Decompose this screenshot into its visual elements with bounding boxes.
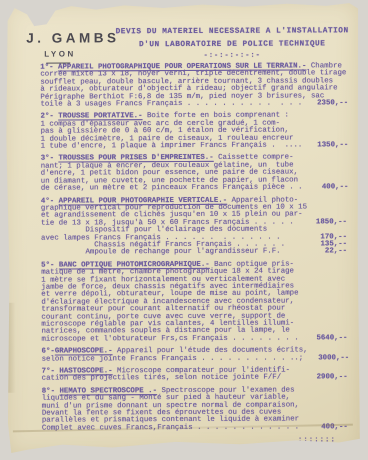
item-line-text: Ampoule de rechange pour l'agrandisseur … [41,249,281,257]
devis-item: 2°- TROUSSE PORTATIVE.- Boite forte en b… [41,113,347,151]
item-line-text: 1 tube d'encre, 1 plaque à imprimer Fran… [41,143,303,152]
devis-item: 1°- APPAREIL PHOTOGRAPHIQUE POUR OPERATI… [40,63,346,109]
item-line-text: cation des projectiles tirés, selon noti… [42,375,282,383]
item-price: 2900,-- [302,375,348,383]
document-title: DEVIS DU MATERIEL NECESSAIRE A L'INSTALL… [104,25,360,61]
item-text-line: cation des projectiles tirés, selon noti… [42,375,348,384]
item-text-line: Ampoule de rechange pour l'agrandisseur … [41,249,347,258]
paper-sheet: J. GAMBS LYON DEVIS DU MATERIEL NECESSAI… [4,1,360,455]
item-price: 1850,-- [301,219,347,227]
item-price: 3000,-- [303,355,349,363]
item-text-line: toile à 3 usages Francs Français . . . .… [40,100,346,109]
item-text-line: selon notice jointe Francs Français . . … [42,355,348,364]
paper-crease-left [5,303,15,393]
items-container: 1°- APPAREIL PHOTOGRAPHIQUE POUR OPERATI… [40,63,348,446]
item-price: 1350,-- [302,142,348,150]
title-line-2: D'UN LABORATOIRE DE POLICE TECHNIQUE [104,38,360,52]
devis-item: 7°- HASTOSCOPE.- Microscope comparateur … [42,367,348,383]
item-price: 2350,-- [302,100,348,108]
item-text-line: de cérase, un mètre et 2 pinceaux Francs… [41,184,347,193]
item-text-line: 1 tube d'encre, 1 plaque à imprimer Fran… [41,142,347,151]
item-line-text: de cérase, un mètre et 2 pinceaux Francs… [41,185,303,194]
title-separator: -:-:-:-:-:- [104,51,360,61]
item-text-line: microscope et l'obturateur Frs,cs França… [41,335,347,344]
item-price: 5640,-- [301,335,347,343]
title-line-1: DEVIS DU MATERIEL NECESSAIRE A L'INSTALL… [104,25,360,39]
total-underline-mark: ::::::: [42,438,348,447]
scanned-document-page: { "colors":{"paper":"#e8e0c4","ink":"#6d… [0,0,368,460]
item-price: 400,-- [302,184,348,192]
item-line-text: selon notice jointe Francs Français . . … [42,355,304,364]
item-price: 22,-- [301,249,347,257]
item-line-text: microscope et l'obturateur Frs,cs França… [41,335,298,344]
devis-item: 6°-GRAPHOSCOPE.- Appareil pour l'étude d… [42,347,348,363]
devis-item: 3°- TROUSSES POUR PRISES D'EMPREINTES.- … [41,155,347,193]
devis-item: 4°- APPAREIL POUR PHOTOGRAPHIE VERTICALE… [41,197,347,258]
devis-item: 5°- BANC OPTIQUE PHOTOMICROGRAPHIQUE.- B… [41,261,347,344]
item-line-text: toile à 3 usages Francs Français . . . .… [40,101,302,110]
